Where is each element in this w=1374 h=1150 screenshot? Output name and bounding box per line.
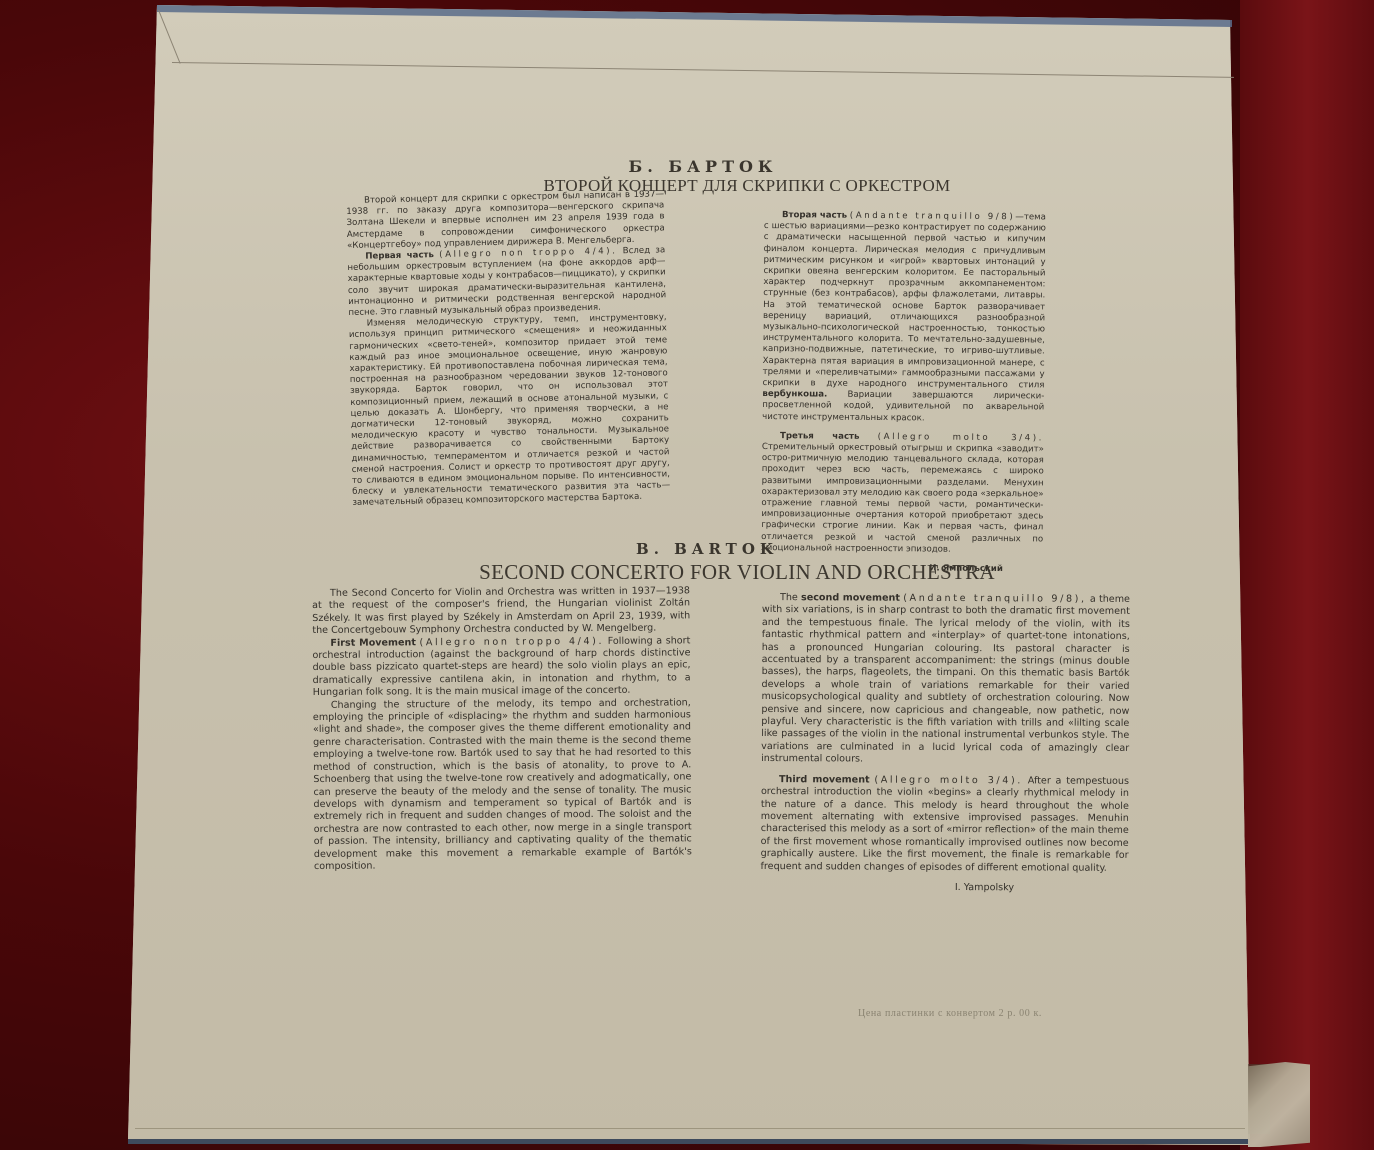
english-intro-paragraph: The Second Concerto for Violin and Orche… [312,585,690,637]
price-note: Цена пластинки с конвертом 2 р. 00 к. [858,1008,1042,1019]
paragraph-text: Стремительный оркестровый отыгрыш и скри… [761,442,1044,554]
russian-composer-heading: Б. БАРТОК [0,157,1374,176]
movement-label: Третья часть [780,431,860,442]
english-second-movement-paragraph: The second movement (Andante tranquillo … [761,592,1130,768]
movement-label: second movement [801,592,900,604]
russian-first-movement-paragraph: Первая часть (Allegro non troppo 4/4). В… [347,245,666,319]
english-first-movement-paragraph: First Movement (Allegro non troppo 4/4).… [312,635,690,700]
paragraph-text: After a tempestuous orchestral introduct… [761,775,1130,873]
movement-label: Third movement [779,774,870,785]
russian-title-heading: ВТОРОЙ КОНЦЕРТ ДЛЯ СКРИПКИ С ОРКЕСТРОМ [0,176,1374,196]
russian-left-column: Второй концерт для скрипки с оркестром б… [346,189,670,509]
russian-structure-paragraph: Изменяя мелодическую структуру, темп, ин… [349,313,671,510]
russian-second-movement-paragraph: Вторая часть (Andante tranquillo 9/8)—те… [762,210,1046,425]
paragraph-text: The [780,592,801,603]
bold-term: вербункоша. [762,389,827,400]
sleeve-text: Б. БАРТОК ВТОРОЙ КОНЦЕРТ ДЛЯ СКРИПКИ С О… [0,0,1374,1150]
russian-intro-paragraph: Второй концерт для скрипки с оркестром б… [346,189,665,252]
english-signature: I. Yampolsky [760,881,1128,895]
russian-right-column: Вторая часть (Andante tranquillo 9/8)—те… [761,210,1046,576]
tempo-marking: (Andante tranquillo 9/8), [903,593,1087,605]
english-structure-paragraph: Changing the structure of the melody, it… [313,697,692,873]
english-third-movement-paragraph: Third movement (Allegro molto 3/4). Afte… [761,774,1130,875]
tempo-marking: (Andante tranquillo 9/8) [850,211,1016,222]
movement-label: First Movement [330,637,416,649]
english-right-column: The second movement (Andante tranquillo … [760,592,1130,895]
tempo-marking: (Allegro molto 3/4). [874,774,1023,786]
movement-label: Вторая часть [782,210,847,221]
movement-label: Первая часть [365,250,434,261]
english-left-column: The Second Concerto for Violin and Orche… [312,585,692,873]
tempo-marking: (Allegro molto 3/4). [878,432,1044,443]
russian-third-movement-paragraph: Третья часть (Allegro molto 3/4). Стреми… [761,431,1044,557]
english-composer-heading: B. BARTOK [0,540,1374,558]
paragraph-text: a theme with six variations, is in sharp… [761,594,1130,765]
paragraph-text: —тема с шестью вариациями—резко контраст… [762,212,1046,390]
english-title-heading: SECOND CONCERTO FOR VIOLIN AND ORCHESTRA [0,560,1374,585]
tempo-marking: (Allegro non troppo 4/4). [419,636,604,648]
